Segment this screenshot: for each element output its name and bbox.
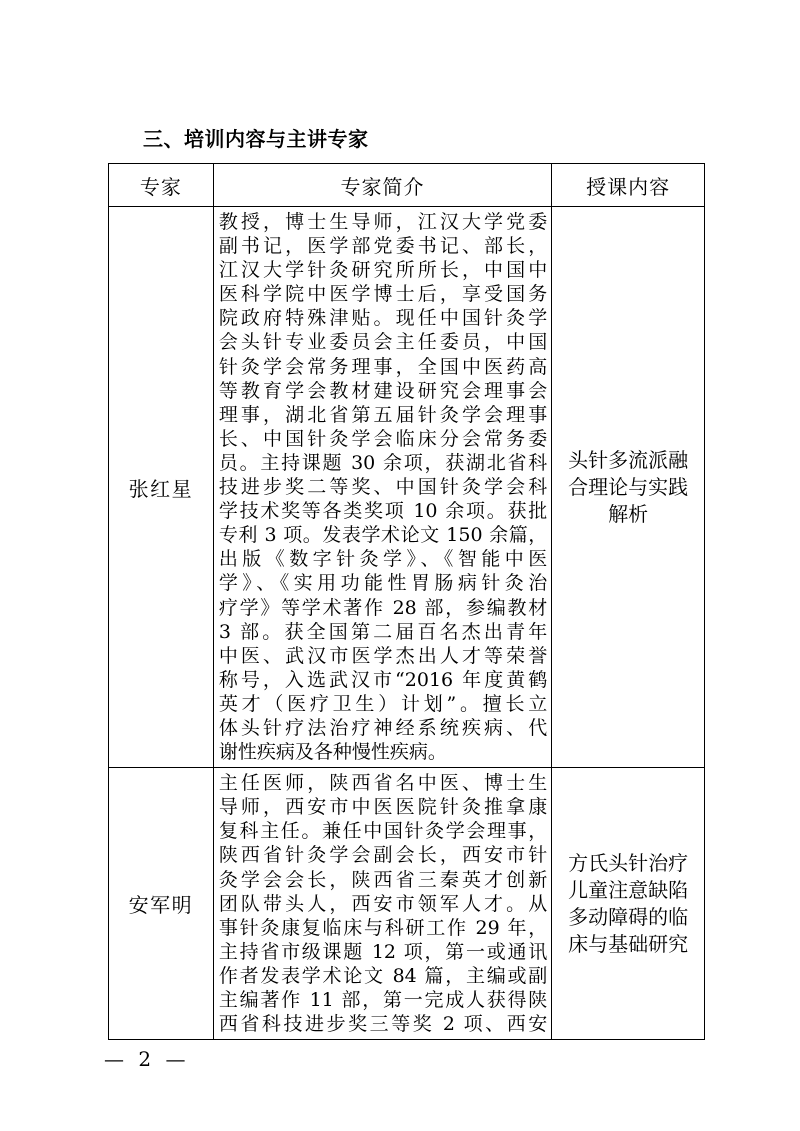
course-line: 床与基础研究 — [568, 931, 688, 958]
expert-bio-cell: 教授，博士生导师，江汉大学党委副书记，医学部党委书记、部长，江汉大学针灸研究所所… — [214, 207, 552, 768]
table-body: 张红星教授，博士生导师，江汉大学党委副书记，医学部党委书记、部长，江汉大学针灸研… — [109, 207, 705, 1040]
bio-line: 出版《数字针灸学》、《智能中医 — [219, 547, 547, 571]
course-line: 解析 — [608, 501, 648, 528]
page-number: — 2 — — [104, 1047, 189, 1071]
bio-line: 副书记，医学部党委书记、部长， — [219, 234, 547, 258]
bio-line: 员。主持课题 30 余项，获湖北省科 — [219, 451, 547, 475]
expert-name: 张红星 — [129, 473, 194, 502]
course-line: 儿童注意缺陷 — [568, 877, 688, 904]
bio-line: 疗学》等学术著作 28 部，参编教材 — [219, 596, 547, 620]
course-content-cell: 头针多流派融合理论与实践解析 — [552, 207, 705, 768]
bio-line: 团队带头人，西安市领军人才。从 — [219, 892, 547, 916]
bio-line: 陕西省针灸学会副会长，西安市针 — [219, 843, 547, 867]
expert-name-cell: 张红星 — [109, 207, 214, 768]
bio-line: 称号，入选武汉市“2016 年度黄鹤 — [219, 668, 547, 692]
bio-line: 院政府特殊津贴。现任中国针灸学 — [219, 306, 547, 330]
expert-name: 安军明 — [129, 889, 194, 918]
bio-line: 谢性疾病及各种慢性疾病。 — [219, 740, 547, 764]
header-cell-expert: 专家 — [109, 164, 214, 207]
expert-bio-cell: 主任医师，陕西省名中医、博士生导师，西安市中医医院针灸推拿康复科主任。兼任中国针… — [214, 768, 552, 1040]
table-row: 张红星教授，博士生导师，江汉大学党委副书记，医学部党委书记、部长，江汉大学针灸研… — [109, 207, 705, 768]
bio-line: 学》、《实用功能性胃肠病针灸治 — [219, 571, 547, 595]
bio-line: 主任医师，陕西省名中医、博士生 — [219, 771, 547, 795]
bio-line: 导师，西安市中医医院针灸推拿康 — [219, 795, 547, 819]
bio-line: 针灸学会常务理事，全国中医药高 — [219, 355, 547, 379]
bio-line: 主持省市级课题 12 项，第一或通讯 — [219, 940, 547, 964]
bio-line: 医科学院中医学博士后，享受国务 — [219, 282, 547, 306]
bio-line: 中医、武汉市医学杰出人才等荣誉 — [219, 644, 547, 668]
table-row: 安军明主任医师，陕西省名中医、博士生导师，西安市中医医院针灸推拿康复科主任。兼任… — [109, 768, 705, 1040]
bio-line: 等教育学会教材建设研究会理事会 — [219, 379, 547, 403]
bio-line: 技进步奖二等奖、中国针灸学会科 — [219, 475, 547, 499]
bio-line: 江汉大学针灸研究所所长，中国中 — [219, 258, 547, 282]
bio-line: 英才（医疗卫生）计划”。擅长立 — [219, 692, 547, 716]
bio-line: 灸学会会长，陕西省三秦英才创新 — [219, 868, 547, 892]
header-cell-course: 授课内容 — [552, 164, 705, 207]
header-cell-bio: 专家简介 — [214, 164, 552, 207]
course-line: 方氏头针治疗 — [568, 850, 688, 877]
bio-line: 理事，湖北省第五届针灸学会理事 — [219, 403, 547, 427]
bio-line: 体头针疗法治疗神经系统疾病、代 — [219, 716, 547, 740]
bio-line: 3 部。获全国第二届百名杰出青年 — [219, 620, 547, 644]
course-line: 多动障碍的临 — [568, 904, 688, 931]
bio-line: 事针灸康复临床与科研工作 29 年， — [219, 916, 547, 940]
bio-line: 长、中国针灸学会临床分会常务委 — [219, 427, 547, 451]
document-page: 三、培训内容与主讲专家 专家 专家简介 授课内容 张红星教授，博士生导师，江汉大… — [0, 0, 800, 1131]
bio-line: 主编著作 11 部，第一完成人获得陕 — [219, 988, 547, 1012]
course-line: 合理论与实践 — [568, 474, 688, 501]
course-content-cell: 方氏头针治疗儿童注意缺陷多动障碍的临床与基础研究 — [552, 768, 705, 1040]
expert-name-cell: 安军明 — [109, 768, 214, 1040]
table-header-row: 专家 专家简介 授课内容 — [109, 164, 705, 207]
bio-line: 专利 3 项。发表学术论文 150 余篇， — [219, 523, 547, 547]
bio-line: 教授，博士生导师，江汉大学党委 — [219, 210, 547, 234]
bio-line: 西省科技进步奖三等奖 2 项、西安 — [219, 1012, 547, 1036]
course-line: 头针多流派融 — [568, 447, 688, 474]
bio-line: 作者发表学术论文 84 篇，主编或副 — [219, 964, 547, 988]
section-title: 三、培训内容与主讲专家 — [143, 123, 369, 152]
bio-line: 会头针专业委员会主任委员，中国 — [219, 330, 547, 354]
bio-line: 学技术奖等各类奖项 10 余项。获批 — [219, 499, 547, 523]
bio-line: 复科主任。兼任中国针灸学会理事， — [219, 819, 547, 843]
experts-table: 专家 专家简介 授课内容 张红星教授，博士生导师，江汉大学党委副书记，医学部党委… — [108, 163, 705, 1040]
